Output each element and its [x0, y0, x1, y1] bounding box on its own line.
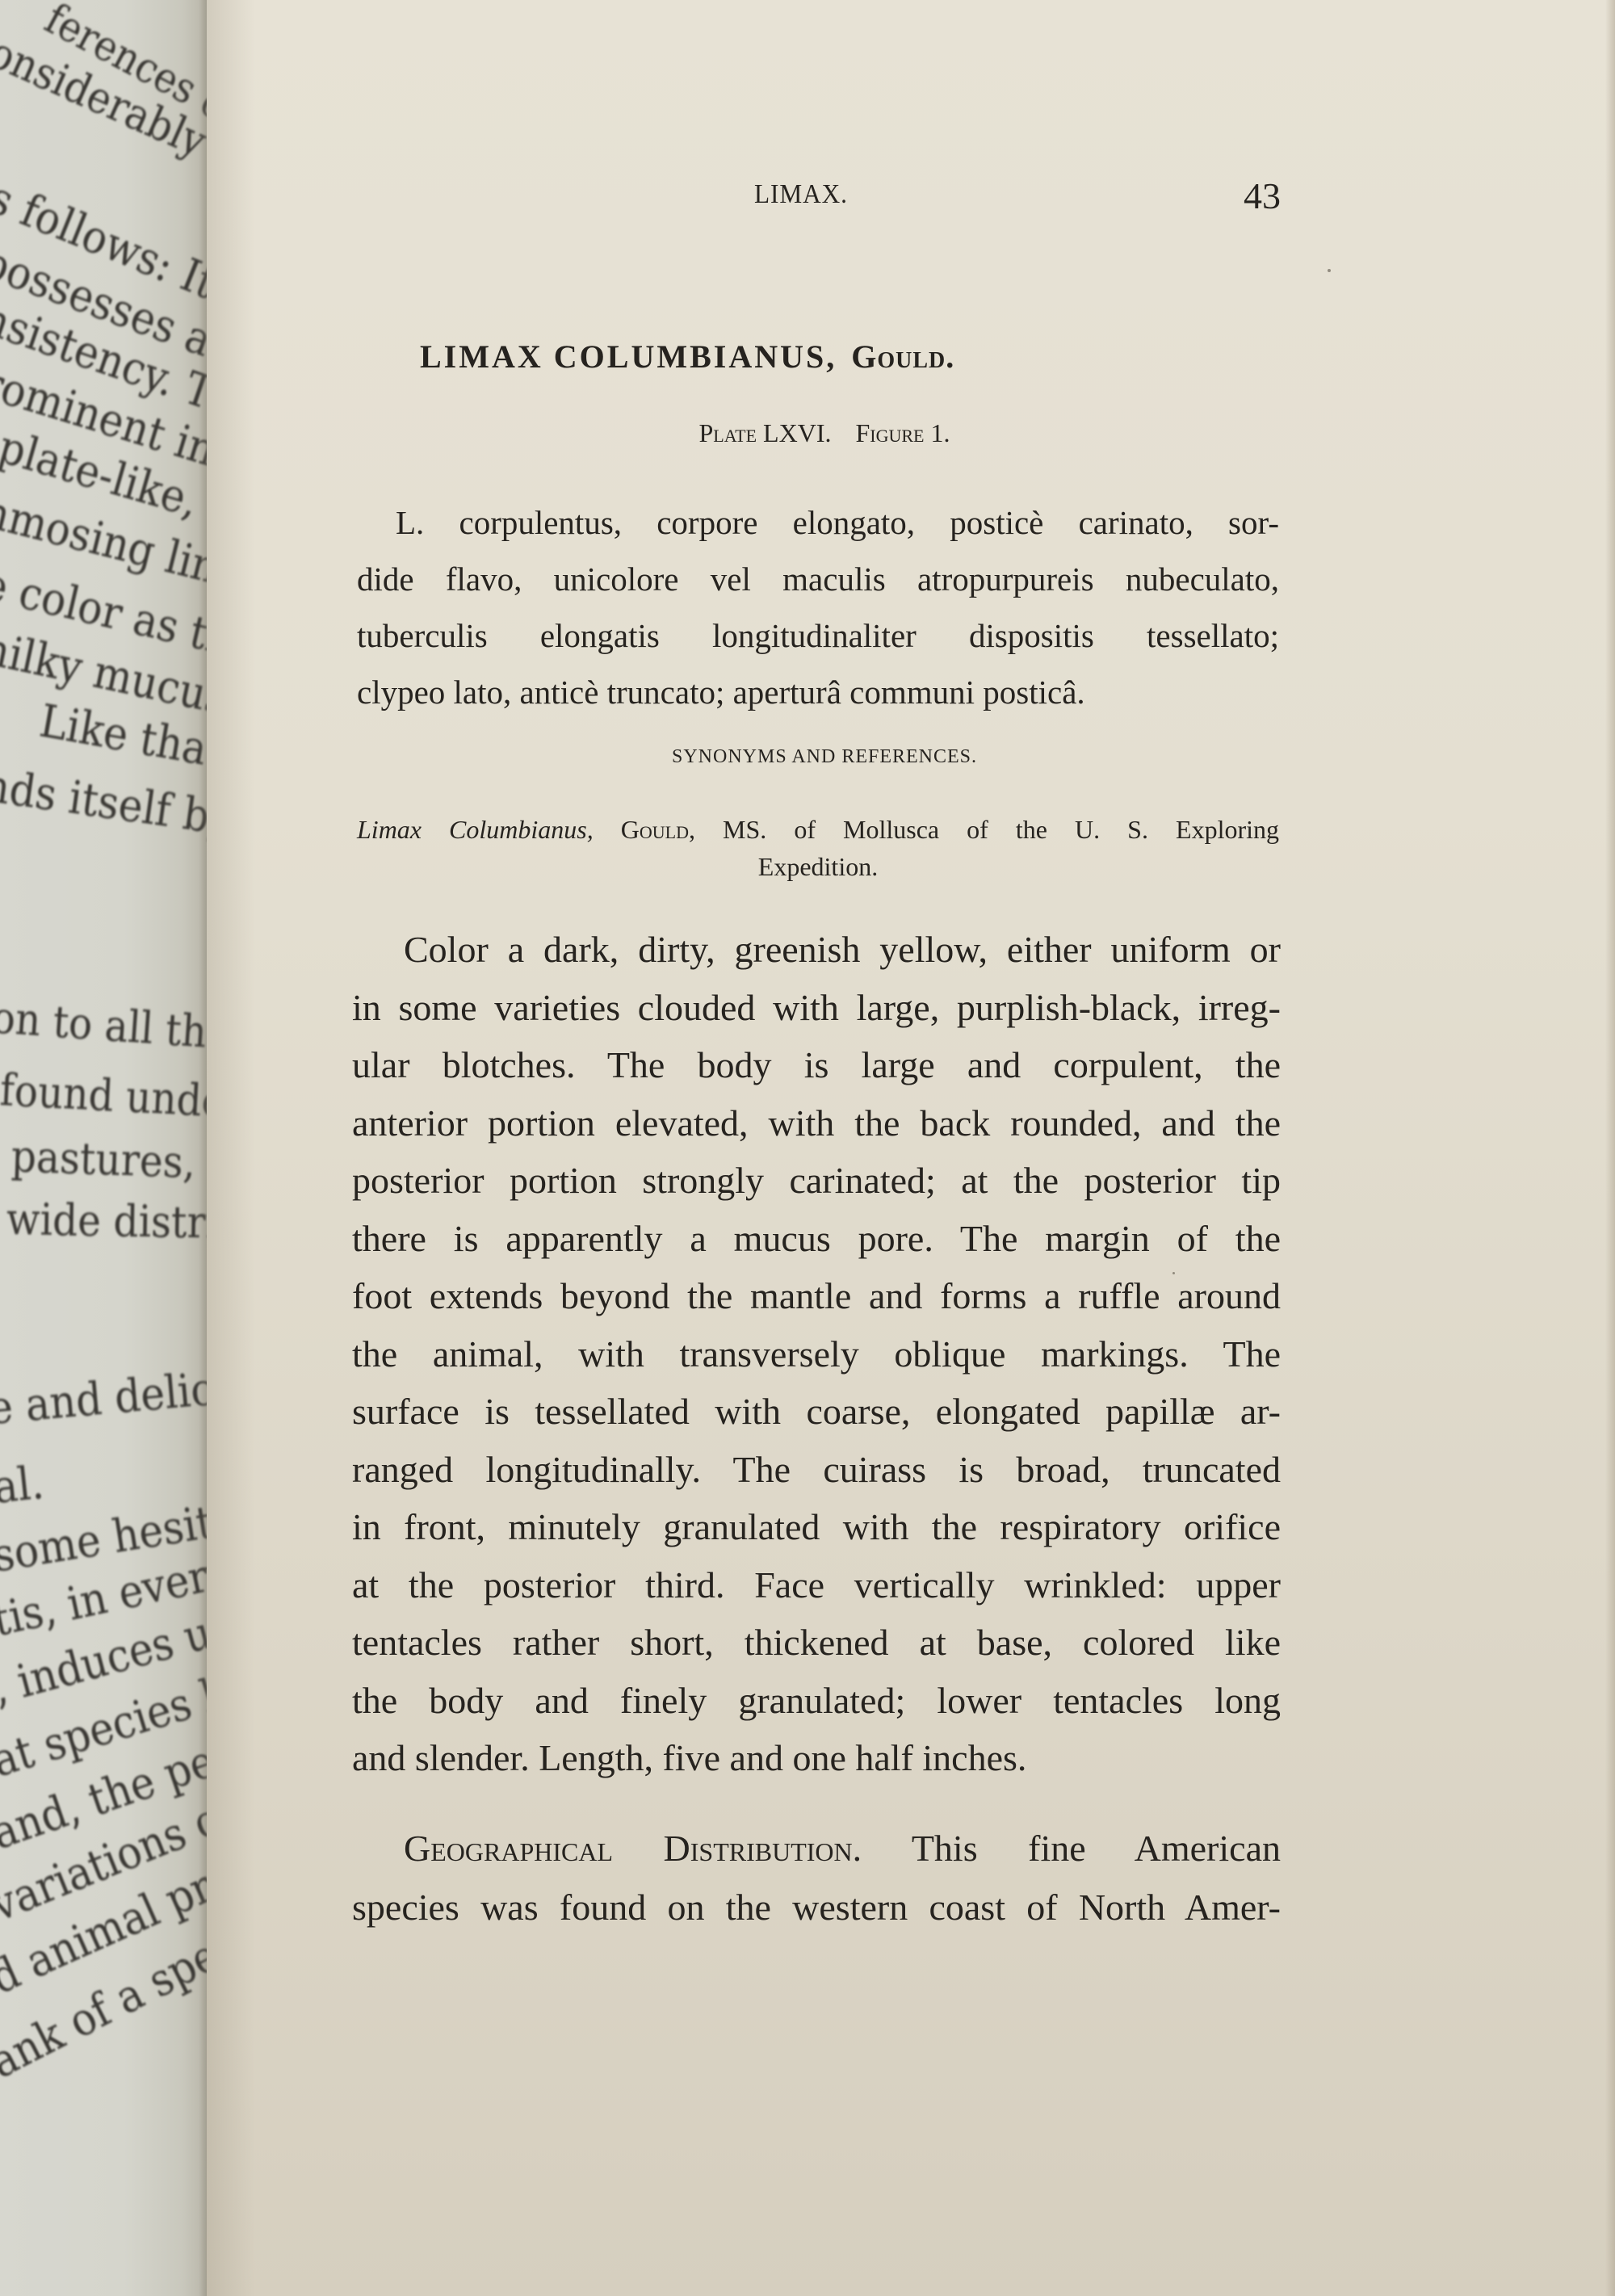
- geo-line-2: species was found on the western coast o…: [352, 1878, 1281, 1937]
- description-line: ular blotches. The body is large and cor…: [352, 1036, 1281, 1094]
- page-number: 43: [1244, 174, 1281, 217]
- species-title: LIMAX COLUMBIANUS,Gould.: [420, 338, 954, 376]
- facing-page-text-fragment: on to all the north: [0, 992, 207, 1068]
- facing-page-text-fragment: nds itself by a thin: [0, 759, 207, 864]
- description-line: ranged longitudinally. The cuirass is br…: [352, 1441, 1281, 1499]
- book-spread: ferences caonsiderably unliks follows: I…: [0, 0, 1615, 2296]
- facing-page-text-fragment: found under decay: [0, 1064, 207, 1135]
- facing-page-text-fragment: pastures, and wi: [10, 1131, 207, 1193]
- geographical-distribution: Geographical Distribution. This fine Ame…: [352, 1819, 1281, 1937]
- synonym-reference: Limax Columbianus, Gould, MS. of Mollusc…: [357, 811, 1279, 885]
- description-line: the body and finely granulated; lower te…: [352, 1672, 1281, 1730]
- paper-speck: [1172, 1272, 1175, 1274]
- description-line: Color a dark, dirty, greenish yellow, ei…: [352, 921, 1281, 979]
- facing-page-text-fragment: wide distribution: [6, 1194, 207, 1250]
- diagnosis-line: L. corpulentus, corpore elongato, postic…: [357, 494, 1279, 551]
- description-line: foot extends beyond the mantle and forms…: [352, 1267, 1281, 1325]
- geo-heading: Geographical Distribution.: [404, 1828, 862, 1869]
- running-head: LIMAX. 43: [352, 179, 1281, 228]
- reference-taxon: Limax Columbianus,: [357, 815, 594, 844]
- left-facing-page: ferences caonsiderably unliks follows: I…: [0, 0, 207, 2296]
- description-paragraph: Color a dark, dirty, greenish yellow, ei…: [352, 921, 1281, 1787]
- diagnosis-line: clypeo lato, anticè truncato; aperturâ c…: [357, 664, 1279, 720]
- reference-author: Gould,: [621, 815, 695, 844]
- running-title: LIMAX.: [754, 179, 848, 210]
- reference-line-2: Expedition.: [758, 852, 878, 881]
- description-line: surface is tessellated with coarse, elon…: [352, 1383, 1281, 1441]
- description-line: and slender. Length, five and one half i…: [352, 1729, 1281, 1787]
- description-line: in front, minutely granulated with the r…: [352, 1498, 1281, 1556]
- diagnosis-line: tuberculis elongatis longitudinaliter di…: [357, 607, 1279, 664]
- description-line: tentacles rather short, thickened at bas…: [352, 1614, 1281, 1672]
- diagnosis-line: dide flavo, unicolore vel maculis atropu…: [357, 551, 1279, 607]
- right-page: LIMAX. 43 LIMAX COLUMBIANUS,Gould. Plate…: [207, 0, 1615, 2296]
- synonyms-heading: SYNONYMS AND REFERENCES.: [352, 746, 1281, 768]
- figure-label: Figure 1.: [855, 418, 950, 447]
- description-line: anterior portion elevated, with the back…: [352, 1094, 1281, 1152]
- reference-source: MS. of Mollusca of the U. S. Exploring: [723, 815, 1279, 844]
- paper-speck: [1328, 269, 1331, 272]
- species-name: LIMAX COLUMBIANUS,: [420, 338, 837, 375]
- latin-diagnosis: L. corpulentus, corpore elongato, postic…: [357, 494, 1279, 720]
- facing-page-text-fragment: al.: [0, 1457, 46, 1514]
- description-line: in some varieties clouded with large, pu…: [352, 979, 1281, 1037]
- plate-label: Plate LXVI.: [699, 418, 832, 447]
- description-line: posterior portion strongly carinated; at…: [352, 1152, 1281, 1210]
- description-line: the animal, with transversely oblique ma…: [352, 1325, 1281, 1383]
- geo-line-1: Geographical Distribution. This fine Ame…: [352, 1819, 1281, 1878]
- description-line: there is apparently a mucus pore. The ma…: [352, 1210, 1281, 1268]
- geo-line-1-text: This fine American: [912, 1828, 1281, 1869]
- facing-page-text-fragment: e and delicate in p: [0, 1349, 207, 1435]
- description-line: at the posterior third. Face vertically …: [352, 1556, 1281, 1614]
- reference-line-1: Limax Columbianus, Gould, MS. of Mollusc…: [357, 811, 1279, 848]
- species-author: Gould.: [851, 338, 954, 375]
- plate-reference: Plate LXVI.Figure 1.: [352, 418, 1281, 448]
